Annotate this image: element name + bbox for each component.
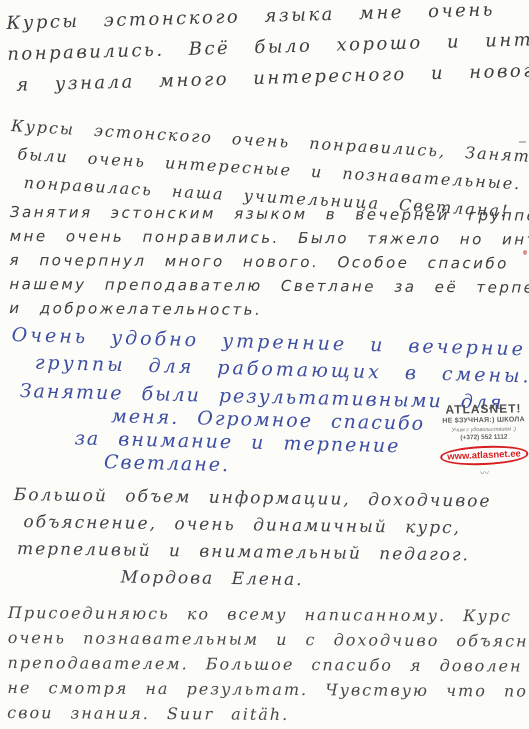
website-url-red-oval: www.atlasnet.ee <box>440 444 528 467</box>
handwritten-line: нашему преподавателю Светлане за её терп… <box>9 272 528 300</box>
stamp-tagline: НЕ $ЗУЧНАЯ:) ШКОЛА <box>440 416 528 425</box>
atlasnet-stamp: ATLASNET! НЕ $ЗУЧНАЯ:) ШКОЛА Учим с удов… <box>439 401 528 480</box>
handwritten-line: не смотря на результат. Чувствую что поп… <box>7 675 526 704</box>
author-signature: Мордова Елена. <box>120 565 522 598</box>
testimonial-6: Большой объем информации, доходчивое объ… <box>12 482 523 597</box>
handwritten-line: свои знания. Suur aitäh. <box>7 700 526 729</box>
scan-artifact <box>523 250 527 255</box>
pen-squiggle-mark: 〰 <box>440 465 528 480</box>
scanned-testimonials-page: Курсы эстонского языка мне очень понрави… <box>0 0 529 729</box>
handwritten-line: и доброжелательность. <box>9 296 528 324</box>
stamp-brand-logo: ATLASNET! <box>439 401 527 417</box>
testimonial-4: Очень удобно утренние и вечерние группы … <box>10 322 526 390</box>
testimonial-1: Курсы эстонского языка мне очень понрави… <box>6 0 528 101</box>
handwritten-line: я почерпнул много нового. Особое спасибо <box>9 248 528 276</box>
handwritten-line: очень познавательным и с доходчиво объяс… <box>8 625 527 654</box>
testimonial-7: Присоединяюсь ко всему написанному. Курс… <box>7 600 527 729</box>
handwritten-line: терпеливый и внимательный педагог. <box>17 536 523 570</box>
handwritten-line: преподавателем. Большое спасибо я доволе… <box>7 650 526 679</box>
handwritten-line: Присоединяюсь ко всему написанному. Курс… <box>8 600 527 629</box>
handwritten-line: Занятия эстонским языком в вечерней груп… <box>10 200 529 228</box>
testimonial-3: Занятия эстонским языком в вечерней груп… <box>9 200 529 324</box>
scan-artifact <box>519 141 526 143</box>
testimonial-5: Занятие были результативными для меня. О… <box>18 380 460 483</box>
handwritten-line: мне очень понравились. Было тяжело но ин… <box>10 224 529 252</box>
